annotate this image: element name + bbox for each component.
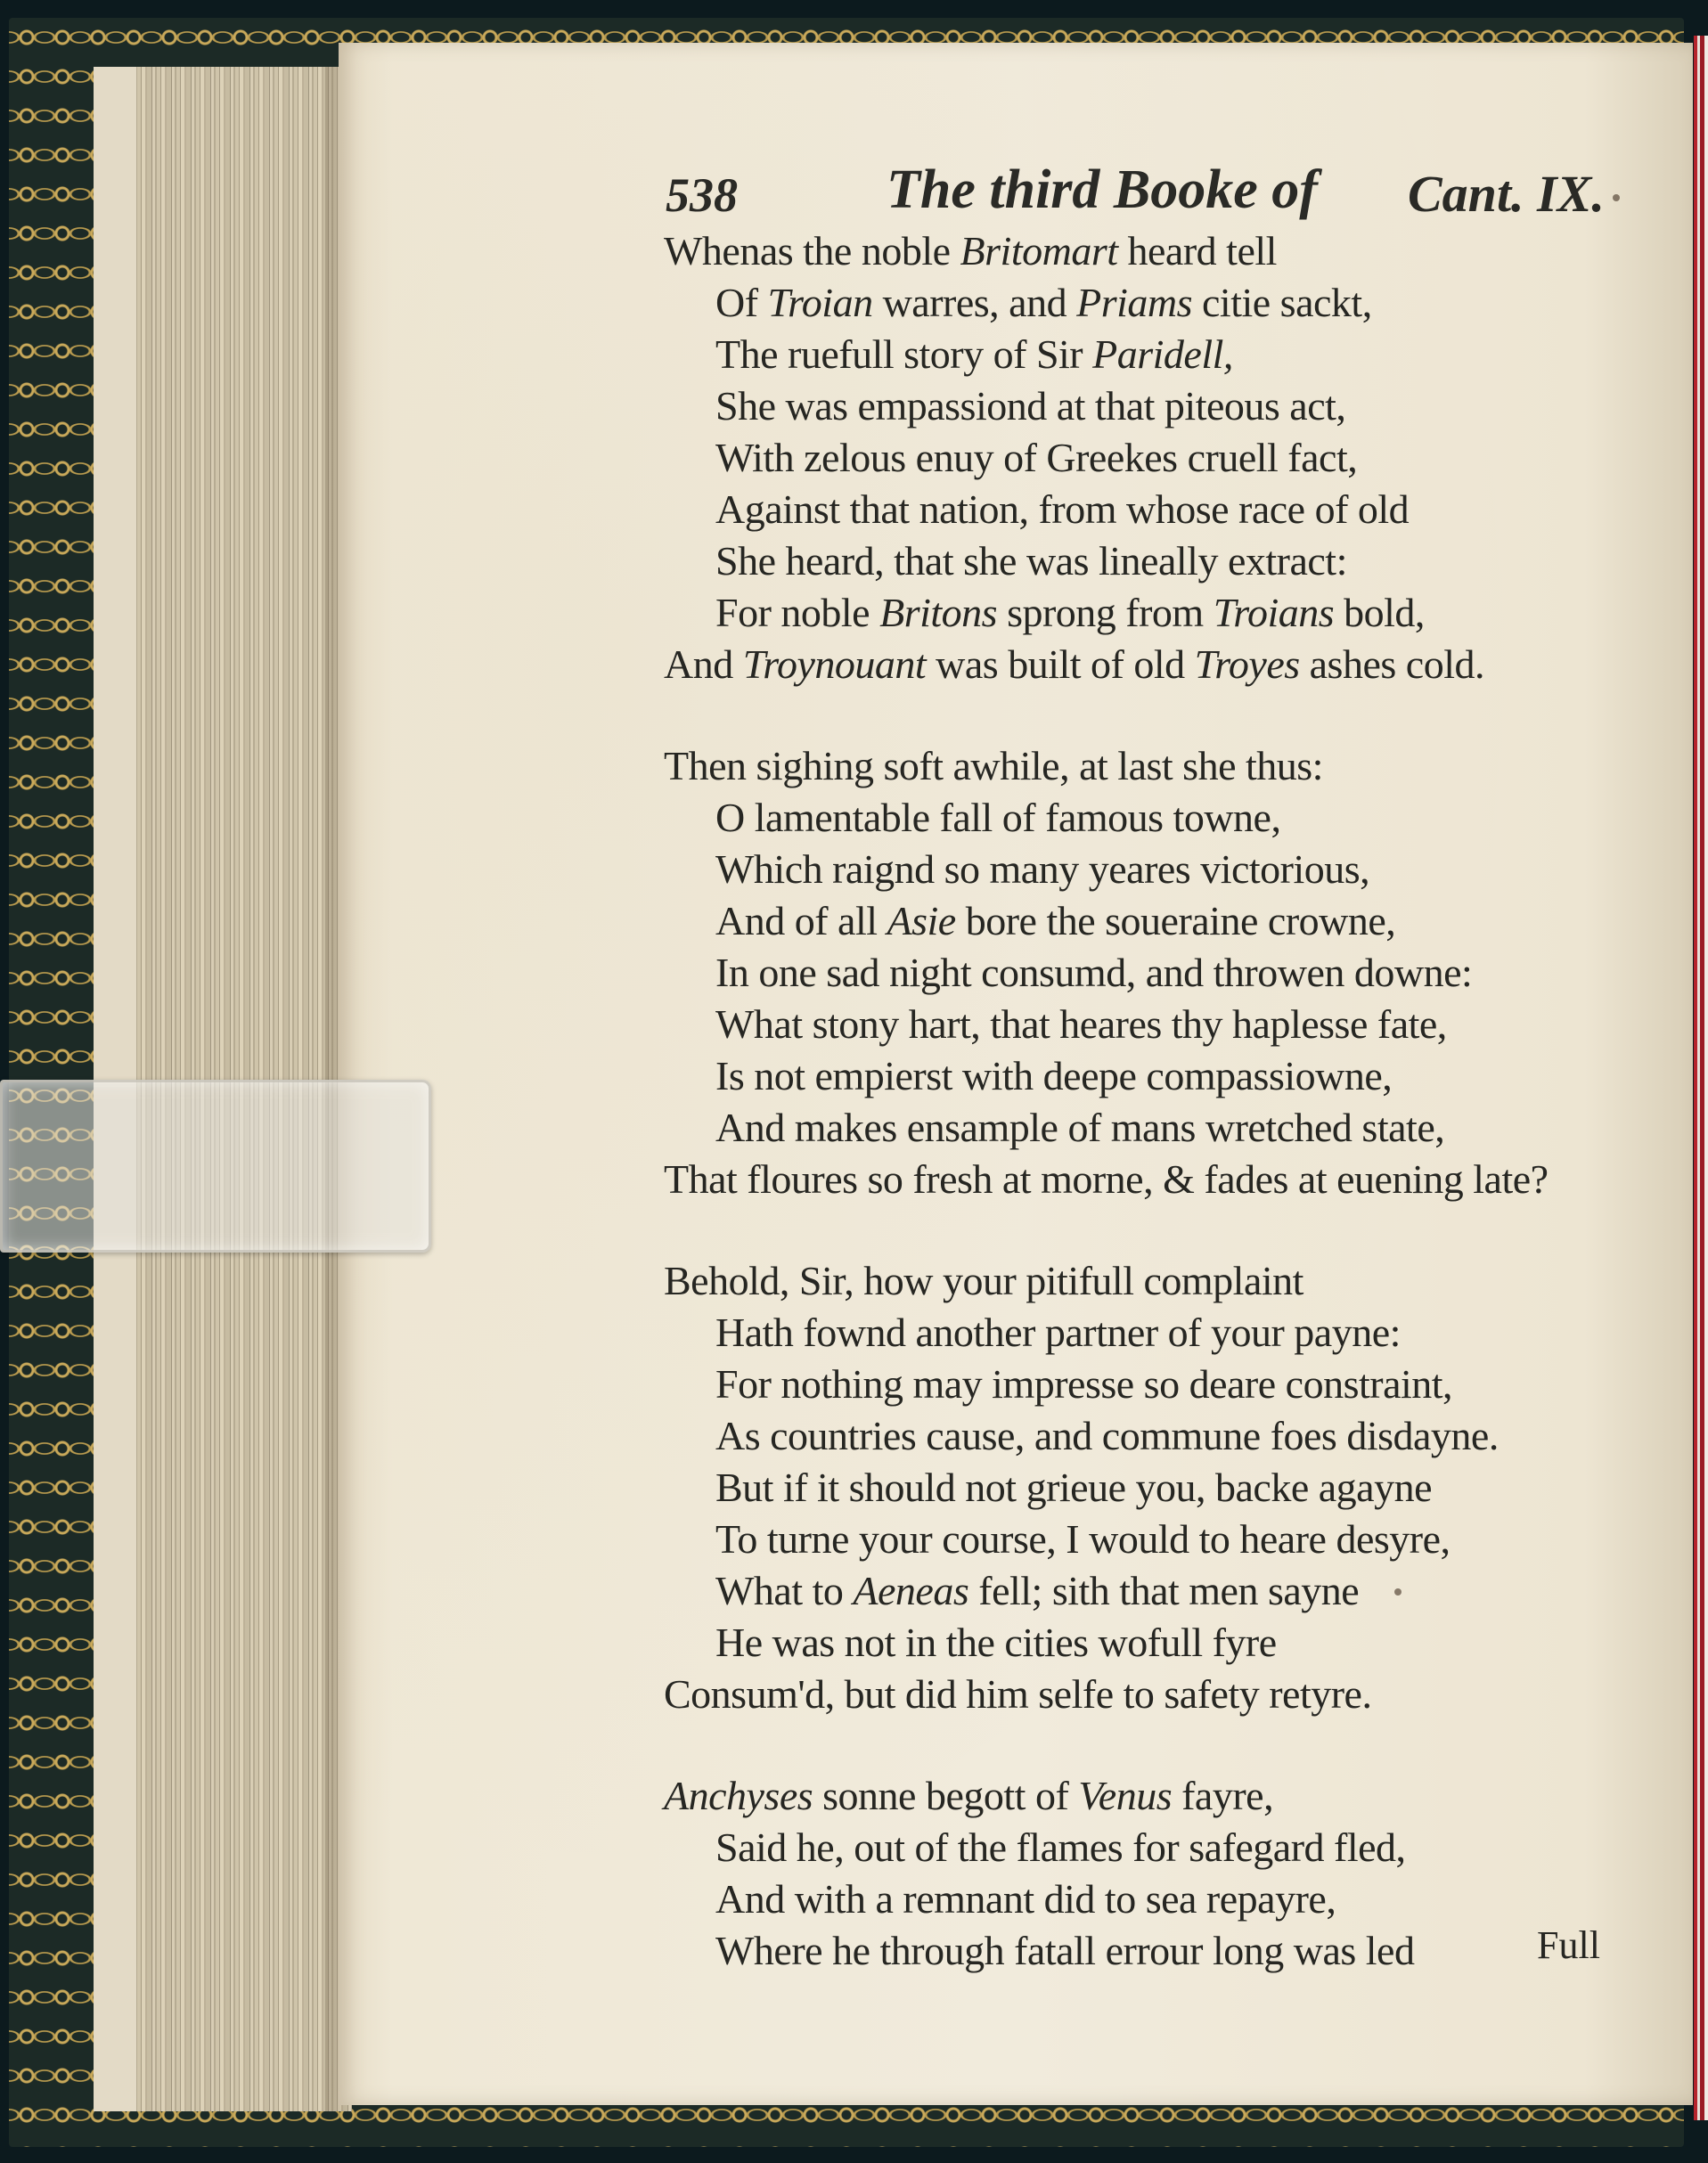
stanza: Behold, Sir, how your pitifull complaint… [664, 1255, 1662, 1720]
verse-line: But if it should not grieue you, backe a… [664, 1462, 1662, 1514]
verse-text: O lamentable fall of famous towne, [715, 795, 1280, 840]
verse-text: Consum'd, but did him selfe to safety re… [664, 1671, 1371, 1717]
verse-line: He was not in the cities wofull fyre [664, 1617, 1662, 1669]
verse-text: bore the soueraine crowne, [956, 898, 1396, 943]
verse-line: Against that nation, from whose race of … [664, 484, 1662, 535]
verse-text: And makes ensample of mans wretched stat… [715, 1105, 1444, 1150]
verse-line: And Troynouant was built of old Troyes a… [664, 639, 1662, 690]
italic-name: Priams [1076, 280, 1192, 325]
verse-line: For nothing may impresse so deare constr… [664, 1359, 1662, 1410]
verse-line: And of all Asie bore the soueraine crown… [664, 895, 1662, 947]
italic-name: Britons [879, 590, 997, 635]
verse-line: Of Troian warres, and Priams citie sackt… [664, 277, 1662, 329]
verse-line: Consum'd, but did him selfe to safety re… [664, 1669, 1662, 1720]
verse-text: sonne begott of [813, 1773, 1078, 1818]
verse-text: For noble [715, 590, 879, 635]
poem-body: Whenas the noble Britomart heard tellOf … [664, 225, 1662, 2027]
stanza: Whenas the noble Britomart heard tellOf … [664, 225, 1662, 690]
clear-page-clip [0, 1080, 431, 1253]
verse-line: She was empassiond at that piteous act, [664, 380, 1662, 432]
italic-name: Venus [1078, 1773, 1172, 1818]
verse-text: She was empassiond at that piteous act, [715, 383, 1345, 429]
verse-line: The ruefull story of Sir Paridell, [664, 329, 1662, 380]
italic-name: Asie [887, 898, 956, 943]
paper-speck [1613, 194, 1620, 201]
verse-text: He was not in the cities wofull fyre [715, 1620, 1277, 1665]
verse-text: And with a remnant did to sea repayre, [715, 1876, 1336, 1922]
verse-text: heard tell [1118, 228, 1277, 273]
verse-text: Which raignd so many yeares victorious, [715, 846, 1369, 892]
verse-text: sprong from [997, 590, 1214, 635]
verse-line: Is not empierst with deepe compassiowne, [664, 1050, 1662, 1102]
verse-text: Said he, out of the flames for safegard … [715, 1824, 1406, 1870]
verse-text: citie sackt, [1192, 280, 1372, 325]
verse-text: That floures so fresh at morne, & fades … [664, 1156, 1549, 1202]
verse-line: What stony hart, that heares thy hapless… [664, 999, 1662, 1050]
italic-name: Troians [1214, 590, 1334, 635]
verse-text: ashes cold. [1300, 641, 1484, 687]
verse-line: And with a remnant did to sea repayre, [664, 1873, 1662, 1925]
verse-line: Said he, out of the flames for safegard … [664, 1822, 1662, 1873]
catchword: Full [1537, 1922, 1600, 1968]
verse-line: Anchyses sonne begott of Venus fayre, [664, 1770, 1662, 1822]
verse-line: She heard, that she was lineally extract… [664, 535, 1662, 587]
verse-text: As countries cause, and commune foes dis… [715, 1413, 1499, 1458]
verse-text: And [664, 641, 743, 687]
verse-text: And of all [715, 898, 887, 943]
italic-name: Troian [768, 280, 873, 325]
stanza: Then sighing soft awhile, at last she th… [664, 740, 1662, 1205]
italic-name: Britomart [960, 228, 1118, 273]
running-title: The third Booke of [887, 159, 1318, 222]
verse-text: Of [715, 280, 768, 325]
verse-line: With zelous enuy of Greekes cruell fact, [664, 432, 1662, 484]
paper-speck [1394, 1588, 1402, 1596]
verse-text: The ruefull story of Sir [715, 331, 1092, 377]
verse-text: Where he through fatall errour long was … [715, 1928, 1414, 1973]
verse-text: But if it should not grieue you, backe a… [715, 1465, 1432, 1510]
verse-text: fell; sith that men sayne [968, 1568, 1359, 1613]
verse-line: That floures so fresh at morne, & fades … [664, 1154, 1662, 1205]
verse-line: And makes ensample of mans wretched stat… [664, 1102, 1662, 1154]
verse-line: Behold, Sir, how your pitifull complaint [664, 1255, 1662, 1307]
verse-text: Behold, Sir, how your pitifull complaint [664, 1258, 1303, 1303]
verse-line: To turne your course, I would to heare d… [664, 1514, 1662, 1565]
headband-strip [1694, 36, 1708, 2120]
verse-text: In one sad night consumd, and throwen do… [715, 950, 1472, 995]
verse-text: Whenas the noble [664, 228, 960, 273]
verse-line: Which raignd so many yeares victorious, [664, 844, 1662, 895]
verse-text: was built of old [926, 641, 1194, 687]
verse-text: fayre, [1172, 1773, 1273, 1818]
canto-label: Cant. IX. [1408, 164, 1605, 224]
book-page: 538 The third Booke of Cant. IX. Whenas … [339, 43, 1693, 2105]
page-number: 538 [666, 167, 738, 223]
verse-line: Where he through fatall errour long was … [664, 1925, 1662, 1977]
verse-text: bold, [1334, 590, 1425, 635]
page-header: 538 The third Booke of Cant. IX. [339, 132, 1693, 212]
verse-text: What to [715, 1568, 853, 1613]
verse-line: For noble Britons sprong from Troians bo… [664, 587, 1662, 639]
verse-line: O lamentable fall of famous towne, [664, 792, 1662, 844]
italic-name: Troyes [1195, 641, 1300, 687]
verse-line: Whenas the noble Britomart heard tell [664, 225, 1662, 277]
verse-text: For nothing may impresse so deare constr… [715, 1361, 1452, 1407]
verse-text: Hath fownd another partner of your payne… [715, 1310, 1401, 1355]
verse-line: In one sad night consumd, and throwen do… [664, 947, 1662, 999]
stanza: Anchyses sonne begott of Venus fayre,Sai… [664, 1770, 1662, 1977]
italic-name: Anchyses [664, 1773, 813, 1818]
verse-text: To turne your course, I would to heare d… [715, 1516, 1451, 1562]
verse-line: Hath fownd another partner of your payne… [664, 1307, 1662, 1359]
verse-text: warres, and [873, 280, 1077, 325]
italic-name: Aeneas [853, 1568, 968, 1613]
verse-text: Is not empierst with deepe compassiowne, [715, 1053, 1392, 1098]
verse-text: Against that nation, from whose race of … [715, 486, 1409, 532]
verse-text: With zelous enuy of Greekes cruell fact, [715, 435, 1357, 480]
verse-text: What stony hart, that heares thy hapless… [715, 1001, 1447, 1047]
verse-line: What to Aeneas fell; sith that men sayne [664, 1565, 1662, 1617]
verse-text: She heard, that she was lineally extract… [715, 538, 1347, 584]
italic-name: Paridell, [1092, 331, 1233, 377]
italic-name: Troynouant [743, 641, 926, 687]
verse-line: As countries cause, and commune foes dis… [664, 1410, 1662, 1462]
verse-text: Then sighing soft awhile, at last she th… [664, 743, 1323, 788]
verse-line: Then sighing soft awhile, at last she th… [664, 740, 1662, 792]
